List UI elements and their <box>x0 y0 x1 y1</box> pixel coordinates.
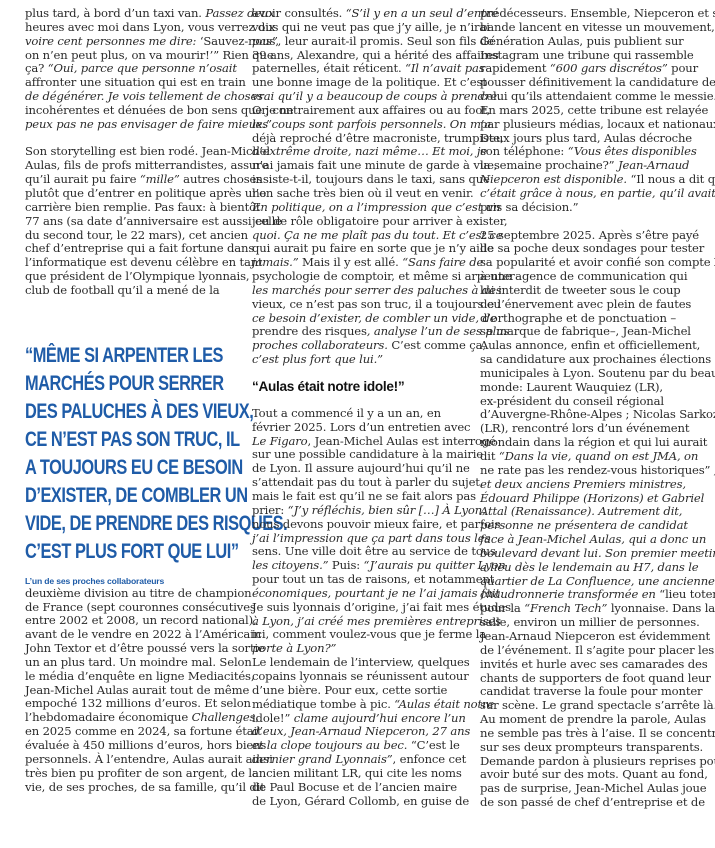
text-line: candidat traverse la foule pour monter <box>480 685 705 699</box>
text-line: chaudronnerie transformée en “lieu totem… <box>480 588 705 602</box>
text-line: jamais.” Mais il y est allé. “Sans faire… <box>252 256 474 270</box>
text-line: d’une bière. Pour eux, cette sortie <box>252 684 474 698</box>
text-line: monde: Laurent Wauquiez (LR), <box>480 381 705 395</box>
text-line: sur scène. Le grand spectacle s’arrête l… <box>480 699 705 713</box>
text-line: Le Figaro, Jean-Michel Aulas est interro… <box>252 435 474 449</box>
text-line: affronter une situation qui est en train <box>25 76 240 90</box>
text-line: personne ne présentera de candidat <box>480 519 705 533</box>
text-line: Génération Aulas, puis publient sur <box>480 35 705 49</box>
article-column-right: prédécesseurs. Ensemble, Niepceron et sa… <box>480 7 705 810</box>
text-line: face à Jean-Michel Aulas, qui a donc un <box>480 533 705 547</box>
text-line: incohérentes et dénuées de bon sens que … <box>25 104 240 118</box>
paragraph: plus tard, à bord d’un taxi van. Passez … <box>25 7 240 132</box>
text-line: d’Auvergne-Rhône-Alpes ; Nicolas Sarkozy <box>480 408 705 422</box>
text-line: mondain dans la région et qui lui aurait <box>480 436 705 450</box>
text-line: ne rate pas les rendez-vous historiques”… <box>480 464 705 478</box>
paragraph: Le lendemain de l’interview, quelquescop… <box>252 656 474 808</box>
text-line: Édouard Philippe (Horizons) et Gabriel <box>480 492 705 506</box>
text-line: invités et hurle avec ses camarades des <box>480 658 705 672</box>
text-line: ex-président du conseil régional <box>480 395 705 409</box>
text-line: pas de surprise, Jean-Michel Aulas joue <box>480 782 705 796</box>
text-line: Jean-Michel Aulas aurait tout de même <box>25 684 240 698</box>
text-line: “Même si arpenter les <box>25 342 236 370</box>
text-line: mais le fait est qu’il ne se fait alors … <box>252 490 474 504</box>
text-line: dit “Dans la vie, quand on est JMA, on <box>480 450 705 464</box>
text-line: vieux, ce n’est pas son truc, il a toujo… <box>252 298 474 312</box>
text-line: bande lancent en vitesse un mouvement, <box>480 21 705 35</box>
text-line: son téléphone: “Vous êtes disponibles <box>480 145 705 159</box>
text-line: insiste-t-il, toujours dans le taxi, san… <box>252 173 474 187</box>
text-line: 25 septembre 2025. Après s’être payé <box>480 229 705 243</box>
paragraph: Tout a commencé il y a un an, enfévrier … <box>252 407 474 656</box>
text-line: avoir buté sur des mots. Quant au fond, <box>480 768 705 782</box>
text-line: février 2025. Lors d’un entretien avec <box>252 421 474 435</box>
article-column-middle: avoir consultés. “S’il y en a un seul d’… <box>252 7 474 808</box>
text-line: chants de supporters de foot quand leur <box>480 672 705 686</box>
text-line: voire cent personnes me dire: ‘Sauvez-no… <box>25 35 240 49</box>
text-line: pris sa décision.” <box>480 201 705 215</box>
text-line: Je suis lyonnais d’origine, j’ai fait me… <box>252 601 474 615</box>
text-line: pousser définitivement la candidature de <box>480 76 705 90</box>
text-line: c’est plus fort que lui.” <box>252 353 474 367</box>
text-line: Or, contrairement aux affaires ou au foo… <box>252 104 474 118</box>
text-line: Tout a commencé il y a un an, en <box>252 407 474 421</box>
text-line: Le lendemain de l’interview, quelques <box>252 656 474 670</box>
text-line: le média d’enquête en ligne Mediacités, <box>25 670 240 684</box>
text-line: pour tout un tas de raisons, et notammen… <box>252 573 474 587</box>
text-line: Son storytelling est bien rodé. Jean-Mic… <box>25 145 240 159</box>
text-line: ça? “Oui, parce que personne n’osait <box>25 62 240 76</box>
text-line: dernier grand Lyonnais”, enfonce cet <box>252 753 474 767</box>
text-line: d’exister, de combler un <box>25 482 236 510</box>
pull-quote: “Même si arpenter lesmarchés pour serrer… <box>25 342 236 566</box>
text-line: j’ai l’impression que ça part dans tous … <box>252 532 474 546</box>
text-line: jeu de rôle obligatoire pour arriver à e… <box>252 215 474 229</box>
text-line: ne semble pas très à l’aise. Il se conce… <box>480 727 705 741</box>
text-line: celui qu’ils attendaient comme le messie… <box>480 90 705 104</box>
text-line: du second tour, le 22 mars), cet ancien <box>25 229 240 243</box>
text-line: de l’événement. Il s’agite pour placer l… <box>480 644 705 658</box>
text-line: des paluches à des vieux, <box>25 398 236 426</box>
text-line: municipales à Lyon. Soutenu par du beau <box>480 367 705 381</box>
text-line: évaluée à 450 millions d’euros, hors bie… <box>25 739 240 753</box>
text-line: a lieu dès le lendemain au H7, dans le <box>480 561 705 575</box>
text-line: ici, comment voulez-vous que je ferme la <box>252 628 474 642</box>
text-line: de Paul Bocuse et de l’ancien maire <box>252 781 474 795</box>
text-line: Aulas, fils de profs mitterrandistes, as… <box>25 159 240 173</box>
text-line: prier: “J’y réfléchis, bien sûr […] À Ly… <box>252 504 474 518</box>
text-line: vrai qu’il y a beaucoup de coups à prend… <box>252 90 474 104</box>
text-line: sa popularité et avoir confié son compte… <box>480 256 705 270</box>
text-line: Au moment de prendre la parole, Aulas <box>480 713 705 727</box>
text-line: médiatique tombe à pic. “Aulas était not… <box>252 698 474 712</box>
text-line: les coups sont parfois personnels. On m’… <box>252 118 474 132</box>
paragraph: 25 septembre 2025. Après s’être payéde s… <box>480 229 705 810</box>
text-line: et deux anciens Premiers ministres, <box>480 478 705 492</box>
text-line: s’attendait pas du tout à parler du suje… <box>252 476 474 490</box>
paragraph: Son storytelling est bien rodé. Jean-Mic… <box>25 145 240 297</box>
text-line: de son passé de chef d’entreprise et de <box>480 796 705 810</box>
text-line: Niepceron est disponible. “Il nous a dit… <box>480 173 705 187</box>
text-line: sur une possible candidature à la mairie <box>252 448 474 462</box>
text-line: l’on sache très bien où il veut en venir… <box>252 187 474 201</box>
text-line: a toujours eu ce besoin <box>25 454 236 482</box>
text-line: club de football qu’il a mené de la <box>25 284 240 298</box>
text-line: John Textor et d’être poussé vers la sor… <box>25 642 240 656</box>
text-line: Jean-Arnaud Niepceron est évidemment <box>480 630 705 644</box>
text-line: à une agence de communication qui <box>480 270 705 284</box>
text-line: vous qui ne veut pas que j’y aille, je n… <box>252 21 474 35</box>
text-line: lui interdit de tweeter sous le coup <box>480 284 705 298</box>
text-line: sa marque de fabrique–, Jean-Michel <box>480 325 705 339</box>
text-line: deuxième division au titre de champion <box>25 587 240 601</box>
text-line: 77 ans (sa date d’anniversaire est aussi… <box>25 215 240 229</box>
text-line: plutôt que d’entrer en politique après u… <box>25 187 240 201</box>
text-line: paternelles, était réticent. “Il n’avait… <box>252 62 474 76</box>
text-line: prendre des risques, analyse l’un de ses… <box>252 325 474 339</box>
text-line: prédécesseurs. Ensemble, Niepceron et sa <box>480 7 705 21</box>
text-line: la semaine prochaine?” Jean-Arnaud <box>480 159 705 173</box>
text-line: en 2025 comme en 2024, sa fortune était <box>25 725 240 739</box>
text-line: ce n’est pas son truc, il <box>25 426 236 454</box>
text-line: une bonne image de la politique. Et c’es… <box>252 76 474 90</box>
text-line: Aulas annonce, enfin et officiellement, <box>480 339 705 353</box>
text-line: avant de le vendre en 2022 à l’Américain <box>25 628 240 642</box>
text-line: l’informatique est devenu célèbre en tan… <box>25 256 240 270</box>
text-line: quartier de La Confluence, une ancienne <box>480 575 705 589</box>
text-line: qui aurait pu faire en sorte que je n’y … <box>252 242 474 256</box>
text-line: de France (sept couronnes consécutives <box>25 601 240 615</box>
section-subheading: “Aulas était notre idole!” <box>252 379 474 395</box>
text-line: Instagram une tribune qui rassemble <box>480 49 705 63</box>
text-line: avoir consultés. “S’il y en a un seul d’… <box>252 7 474 21</box>
text-line: d’orthographe et de ponctuation – <box>480 312 705 326</box>
text-line: copains lyonnais se réunissent autour <box>252 670 474 684</box>
text-line: c’était grâce à nous, en partie, qu’il a… <box>480 187 705 201</box>
text-line: les citoyens.” Puis: “J’aurais pu quitte… <box>252 559 474 573</box>
paragraph: deuxième division au titre de championde… <box>25 587 240 795</box>
text-line: peux pas ne pas envisager de faire mieux… <box>25 118 240 132</box>
text-line: l’hebdomadaire économique Challenges, <box>25 711 240 725</box>
text-line: Demande pardon à plusieurs reprises pour <box>480 755 705 769</box>
paragraph: prédécesseurs. Ensemble, Niepceron et sa… <box>480 7 705 215</box>
text-line: 39 ans, Alexandre, qui a hérité des affa… <box>252 49 474 63</box>
text-line: et la clope toujours au bec. “C’est le <box>252 739 474 753</box>
paragraph: avoir consultés. “S’il y en a un seul d’… <box>252 7 474 367</box>
text-line: entre 2002 et 2008, un record national), <box>25 614 240 628</box>
text-line: plus tard, à bord d’un taxi van. Passez … <box>25 7 240 21</box>
text-line: Deux jours plus tard, Aulas décroche <box>480 132 705 146</box>
text-line: personnels. À l’entendre, Aulas aurait a… <box>25 753 240 767</box>
text-line: (LR), rencontré lors d’un événement <box>480 422 705 436</box>
text-line: chef d’entreprise qui a fait fortune dan… <box>25 242 240 256</box>
text-line: En politique, on a l’impression que c’es… <box>252 201 474 215</box>
text-line: sens. Une ville doit être au service de … <box>252 545 474 559</box>
text-line: qu’il aurait pu faire “mille” autres cho… <box>25 173 240 187</box>
text-line: proches collaborateurs. C’est comme ça, <box>252 339 474 353</box>
text-line: idole!” clame aujourd’hui encore l’un <box>252 712 474 726</box>
text-line: psychologie de comptoir, et même si arpe… <box>252 270 474 284</box>
text-line: vide, de prendre des risques. <box>25 510 236 538</box>
text-line: que président de l’Olympique lyonnais, <box>25 270 240 284</box>
text-line: Attal (Renaissance). Autrement dit, <box>480 505 705 519</box>
text-line: à Lyon, j’ai créé mes premières entrepri… <box>252 615 474 629</box>
text-line: d’extrême droite, nazi même… Et moi, je <box>252 145 474 159</box>
text-line: heures avec moi dans Lyon, vous verrez d… <box>25 21 240 35</box>
text-line: ancien militant LR, qui cite les noms <box>252 767 474 781</box>
text-line: de Lyon, Gérard Collomb, en guise de <box>252 795 474 809</box>
text-line: déjà reproché d’être macroniste, trumpis… <box>252 132 474 146</box>
text-line: nous devons pouvoir mieux faire, et parf… <box>252 518 474 532</box>
text-line: économiques, pourtant je ne l’ai jamais … <box>252 587 474 601</box>
text-line: pour la “French Tech” lyonnaise. Dans la <box>480 602 705 616</box>
text-line: de l’énervement avec plein de fautes <box>480 298 705 312</box>
text-line: de dégénérer. Je vois tellement de chose… <box>25 90 240 104</box>
text-line: on n’en peut plus, on va mourir!’” Rien … <box>25 49 240 63</box>
text-line: quoi. Ça ne me plaît pas du tout. Et c’e… <box>252 229 474 243</box>
text-line: d’eux, Jean-Arnaud Niepceron, 27 ans <box>252 725 474 739</box>
text-line: très bien pu profiter de son argent, de … <box>25 767 240 781</box>
text-line: rapidement “600 gars discrétos” pour <box>480 62 705 76</box>
text-line: empoché 132 millions d’euros. Et selon <box>25 697 240 711</box>
text-line: boulevard devant lui. Son premier meetin… <box>480 547 705 561</box>
text-line: salle, environ un millier de personnes. <box>480 616 705 630</box>
text-line: n’ai jamais fait une minute de garde à v… <box>252 159 474 173</box>
text-line: de Lyon. Il assure aujourd’hui qu’il ne <box>252 462 474 476</box>
text-line: sa candidature aux prochaines élections <box>480 353 705 367</box>
text-line: par plusieurs médias, locaux et nationau… <box>480 118 705 132</box>
text-line: de sa poche deux sondages pour tester <box>480 242 705 256</box>
text-line: marchés pour serrer <box>25 370 236 398</box>
text-line: sur ses deux prompteurs transparents. <box>480 741 705 755</box>
text-line: En mars 2025, cette tribune est relayée <box>480 104 705 118</box>
text-line: porte à Lyon?” <box>252 642 474 656</box>
text-line: C’est plus fort que lui” <box>25 538 236 566</box>
text-line: pas”, leur aurait-il promis. Seul son fi… <box>252 35 474 49</box>
text-line: vie, de ses proches, de sa famille, qu’i… <box>25 781 240 795</box>
text-line: les marchés pour serrer des paluches à d… <box>252 284 474 298</box>
text-line: ce besoin d’exister, de combler un vide,… <box>252 312 474 326</box>
text-line: carrière bien remplie. Pas faux: à bient… <box>25 201 240 215</box>
article-column-left: plus tard, à bord d’un taxi van. Passez … <box>25 7 240 794</box>
text-line: un an plus tard. Un moindre mal. Selon <box>25 656 240 670</box>
